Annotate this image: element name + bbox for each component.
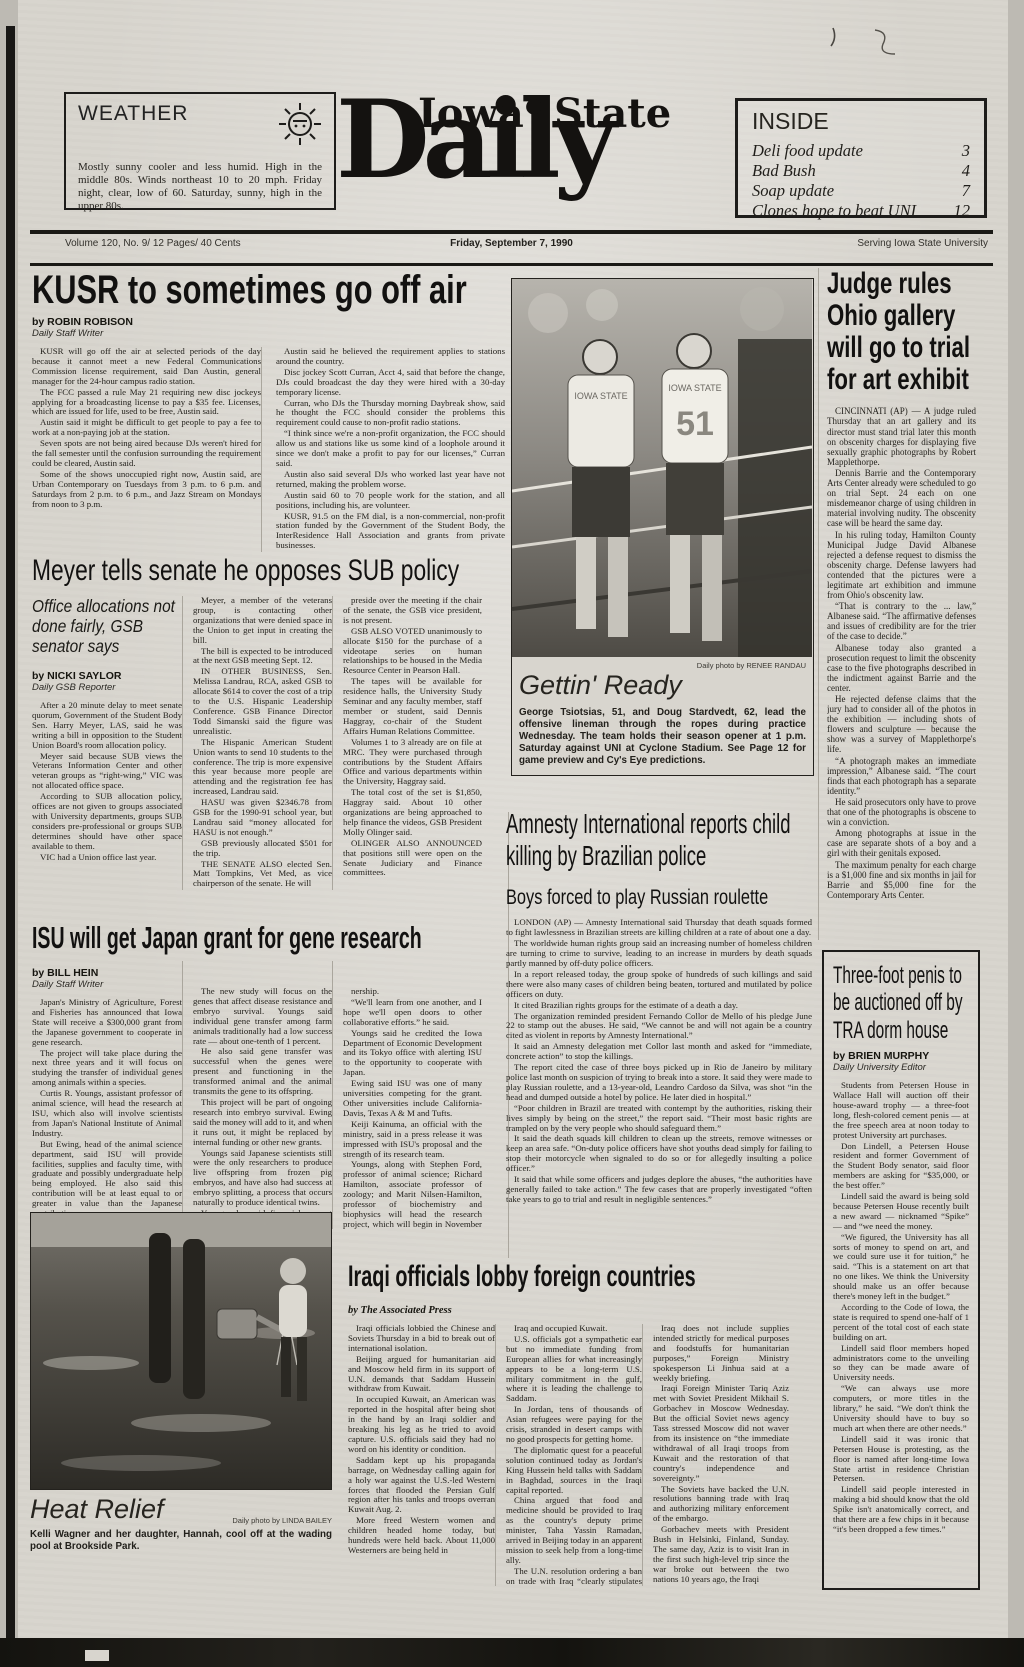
iraq-column-3: Iraq does not include supplies intended … [642,1324,789,1586]
penis-byline: by BRIEN MURPHY Daily University Editor [833,1050,969,1073]
paragraph: The bill is expected to be introduced at… [193,647,332,667]
paragraph: More freed Western women and children he… [348,1516,495,1556]
paragraph: Iraqi Foreign Minister Tariq Aziz met wi… [653,1384,789,1483]
jersey-number: 51 [676,405,714,443]
paragraph: Iraq does not include supplies intended … [653,1324,789,1383]
paragraph: GSB previously allocated $501 for the tr… [193,839,332,859]
folio-line: Volume 120, No. 9/ 12 Pages/ 40 Cents Fr… [30,238,993,258]
paragraph: He rejected defense claims that the jury… [827,694,976,755]
paragraph: Disc jockey Scott Curran, Acct 4, said t… [276,368,505,398]
paragraph: But Ewing, head of the animal science de… [32,1140,182,1219]
iraq-column-2: Iraq and occupied Kuwait.U.S. officials … [495,1324,642,1586]
meyer-headline: Meyer tells senate he opposes SUB policy [32,556,506,586]
paragraph: Don Lindell, a Petersen House resident a… [833,1142,969,1192]
masthead-state: State [554,90,671,137]
sun-icon [278,102,322,151]
jersey-left-text: IOWA STATE [574,391,627,401]
paragraph: “We'll learn from one another, and I hop… [343,998,482,1028]
paragraph: It said that while some officers and jud… [506,1175,812,1205]
inside-item: Bad Bush 4 [752,161,970,181]
paragraph: The new study will focus on the genes th… [193,987,332,1046]
paragraph: KUSR, 91.5 on the FM dial, is a non-comm… [276,512,505,552]
paragraph: Ewing said ISU was one of many universit… [343,1079,482,1119]
paragraph: He said prosecutors only have to prove t… [827,797,976,827]
inside-item-page: 3 [962,141,970,161]
byline-title: Daily University Editor [833,1062,969,1073]
meyer-col1-body: After a 20 minute delay to meet senate q… [32,701,182,863]
paragraph: Austin also said several DJs who worked … [276,470,505,490]
paragraph: The FCC passed a rule May 21 requiring n… [32,388,261,418]
paragraph: Keiji Kainuma, an official with the mini… [343,1120,482,1160]
amnesty-body: LONDON (AP) — Amnesty International said… [506,918,812,1205]
isu-column-2: The new study will focus on the genes th… [182,961,332,1229]
article-judge: Judge rules Ohio gallery will go to tria… [827,268,976,901]
meyer-column-1: Office allocations not done fairly, GSB … [32,596,182,890]
paragraph: In occupied Kuwait, an American was repo… [348,1395,495,1454]
paragraph: nership. [343,987,482,997]
article-amnesty: Amnesty International reports child kill… [506,808,812,1206]
paragraph: Iraqi officials lobbied the Chinese and … [348,1324,495,1354]
inside-item-label: Soap update [752,181,834,201]
paragraph: VIC had a Union office last year. [32,853,182,863]
isu-byline: by BILL HEIN Daily Staff Writer [32,967,182,990]
paragraph: KUSR will go off the air at selected per… [32,347,261,387]
paragraph: Austin said 60 to 70 people work for the… [276,491,505,511]
paragraph: This project will be part of ongoing res… [193,1098,332,1148]
paragraph: It said an Amnesty delegation met Collor… [506,1042,812,1062]
judge-body: CINCINNATI (AP) — A judge ruled Thursday… [827,406,976,901]
iraq-headline: Iraqi officials lobby foreign countries [348,1262,812,1292]
iraq-byline: by The Associated Press [348,1300,812,1318]
paragraph: Iraq and occupied Kuwait. [506,1324,642,1334]
scan-edge-left [6,26,15,1640]
paragraph: Japan's Ministry of Agriculture, Forest … [32,998,182,1048]
paragraph: Seven spots are not being aired because … [32,439,261,469]
byline-title: Daily GSB Reporter [32,682,182,693]
weather-forecast-text: Mostly sunny cooler and less humid. High… [78,161,322,213]
byline-title: Daily Staff Writer [32,328,506,339]
paragraph: “A photograph makes an immediate impress… [827,756,976,796]
byline-name: by NICKI SAYLOR [32,670,182,682]
paragraph: Austin said it might be difficult to get… [32,418,261,438]
paragraph: Youngs said Japanese scientists still we… [193,1149,332,1208]
isu-headline: ISU will get Japan grant for gene resear… [32,922,506,953]
iraq-col3-body: Iraq does not include supplies intended … [653,1324,789,1585]
paragraph: CINCINNATI (AP) — A judge ruled Thursday… [827,406,976,467]
heat-relief-photo-box: Heat Relief Daily photo by LINDA BAILEY … [30,1212,332,1553]
top-rule [30,230,993,234]
column-rule [818,268,819,940]
paragraph: The report cited the case of three boys … [506,1063,812,1103]
paragraph: In a report released today, the group sp… [506,970,812,1000]
byline-name: by BILL HEIN [32,967,182,979]
inside-item-page: 12 [954,201,971,221]
paragraph: OLINGER ALSO ANNOUNCED that positions st… [343,839,482,879]
penis-headline: Three-foot penis to be auctioned off by … [833,962,969,1044]
penis-body: Students from Petersen House in Wallace … [833,1081,969,1535]
paragraph: preside over the meeting if the chair of… [343,596,482,626]
kusr-byline: by ROBIN ROBISON Daily Staff Writer [32,316,506,339]
byline-name: by BRIEN MURPHY [833,1050,969,1062]
masthead-iowa: Iowa [418,90,524,137]
kusr-headline: KUSR to sometimes go off air [32,270,506,310]
inside-item: Soap update 7 [752,181,970,201]
paragraph: LONDON (AP) — Amnesty International said… [506,918,812,938]
paragraph: The project will take place during the n… [32,1049,182,1089]
paragraph: Students from Petersen House in Wallace … [833,1081,969,1140]
paragraph: China argued that food and medicine shou… [506,1496,642,1565]
paragraph: Gorbachev meets with President Bush in H… [653,1525,789,1584]
paragraph: Curtis R. Youngs, assistant professor of… [32,1089,182,1139]
paragraph: “We figured, the University has all sort… [833,1233,969,1302]
masthead: Daily Iowa ● State [336,82,706,222]
heat-relief-caption: Kelli Wagner and her daughter, Hannah, c… [30,1529,332,1553]
paragraph: The total cost of the set is $1,850, Hag… [343,788,482,838]
isu-column-3: nership.“We'll learn from one another, a… [332,961,482,1229]
folio-serving: Serving Iowa State University [857,238,988,249]
football-photo-caption: George Tsiotsias, 51, and Doug Stardvedt… [519,707,806,767]
paragraph: “That is contrary to the ... law,” Alban… [827,601,976,641]
paragraph: Some of the shows unoccupied right now, … [32,470,261,510]
paragraph: GSB ALSO VOTED unanimously to allocate $… [343,627,482,677]
paragraph: Beijing argued for humanitarian aid and … [348,1355,495,1395]
paragraph: According to SUB allocation policy, offi… [32,792,182,851]
paragraph: “I think since we're a non-profit organi… [276,429,505,469]
paragraph: The Hispanic American Student Union want… [193,738,332,797]
jersey-right-text: IOWA STATE [668,383,721,393]
article-iraq: Iraqi officials lobby foreign countries … [348,1262,812,1586]
weather-title: WEATHER [78,102,188,126]
paragraph: U.S. officials got a sympathetic ear but… [506,1335,642,1404]
kusr-column-2: Austin said he believed the requirement … [261,347,505,552]
amnesty-subhead: Boys forced to play Russian roulette [506,886,812,910]
meyer-column-3: preside over the meeting if the chair of… [332,596,482,890]
scan-edge-bottom [0,1638,1024,1667]
football-photo: IOWA STATE IOWA STATE 51 [512,279,813,657]
inside-item-label: Deli food update [752,141,863,161]
isu-col1-body: Japan's Ministry of Agriculture, Forest … [32,998,182,1219]
paragraph: HASU was given $2346.78 from GSB for the… [193,798,332,838]
paragraph: Youngs said he credited the Iowa Departm… [343,1029,482,1079]
paragraph: In Jordan, tens of thousands of Asian re… [506,1405,642,1445]
folio-bottom-rule [30,263,993,266]
paragraph: Austin said he believed the requirement … [276,347,505,367]
pen-mark [815,22,905,68]
paragraph: Lindell said the award is being sold bec… [833,1192,969,1232]
scan-notch [85,1650,109,1661]
weather-box: WEATHER Mostly sunny cooler and less hum… [64,92,336,210]
paragraph: Meyer said because SUB views the Veteran… [32,752,182,792]
inside-title: INSIDE [752,108,970,135]
meyer-deck: Office allocations not done fairly, GSB … [32,596,182,656]
iraq-column-1: Iraqi officials lobbied the Chinese and … [348,1324,495,1586]
paragraph: THE SENATE ALSO elected Sen. Matt Tompki… [193,860,332,890]
meyer-byline: by NICKI SAYLOR Daily GSB Reporter [32,670,182,693]
football-photo-title: Gettin' Ready [519,670,806,701]
article-kusr: KUSR to sometimes go off air by ROBIN RO… [32,270,506,552]
paragraph: Lindell said it was ironic that Petersen… [833,1435,969,1485]
inside-item-page: 7 [962,181,970,201]
paragraph: He also said gene transfer was successfu… [193,1047,332,1097]
inside-item-label: Bad Bush [752,161,816,181]
paragraph: Saddam kept up his propaganda barrage, o… [348,1456,495,1515]
meyer-column-2: Meyer, a member of the veterans group, i… [182,596,332,890]
inside-item: Deli food update 3 [752,141,970,161]
amnesty-headline: Amnesty International reports child kill… [506,808,812,872]
paragraph: In his ruling today, Hamilton County Mun… [827,530,976,601]
inside-list: Deli food update 3 Bad Bush 4 Soap updat… [752,141,970,221]
paragraph: It cited Brazilian rights groups for the… [506,1001,812,1011]
heat-relief-credit: Daily photo by LINDA BAILEY [232,1516,332,1525]
inside-item-page: 4 [962,161,970,181]
kusr-column-1: KUSR will go off the air at selected per… [32,347,261,552]
paragraph: Albanese today also granted a prosecutio… [827,643,976,693]
article-penis-auction: Three-foot penis to be auctioned off by … [822,950,980,1590]
paragraph: Youngs, along with Stephen Ford, profess… [343,1160,482,1229]
inside-index-box: INSIDE Deli food update 3 Bad Bush 4 Soa… [735,98,987,218]
paragraph: “Poor children in Brazil are treated wit… [506,1104,812,1134]
paragraph: IN OTHER BUSINESS, Sen. Melissa Landrau,… [193,667,332,736]
byline-name: by ROBIN ROBISON [32,316,506,328]
isu-column-1: by BILL HEIN Daily Staff Writer Japan's … [32,961,182,1229]
article-isu: ISU will get Japan grant for gene resear… [32,922,506,1229]
paragraph: The worldwide human rights group said an… [506,939,812,969]
paragraph: It said the death squads kill children t… [506,1134,812,1174]
paragraph: The tapes will be available for residenc… [343,677,482,736]
paragraph: The U.N. resolution ordering a ban on tr… [506,1567,642,1586]
football-photo-credit: Daily photo by RENEE RANDAU [519,661,806,670]
football-photo-box: IOWA STATE IOWA STATE 51 Daily photo by … [511,278,814,776]
paragraph: After a 20 minute delay to meet senate q… [32,701,182,751]
paragraph: The maximum penalty for each charge is a… [827,860,976,900]
heat-relief-title: Heat Relief [30,1494,164,1525]
judge-headline: Judge rules Ohio gallery will go to tria… [827,268,976,396]
paragraph: Among photographs at issue in the case a… [827,828,976,858]
paragraph: Dennis Barrie and the Contemporary Arts … [827,468,976,529]
paragraph: “We can always use more computers, or mo… [833,1384,969,1434]
paragraph: Curran, who DJs the Thursday morning Day… [276,399,505,429]
paragraph: Meyer, a member of the veterans group, i… [193,596,332,646]
newspaper-front-page: WEATHER Mostly sunny cooler and less hum… [0,0,1024,1667]
folio-date: Friday, September 7, 1990 [30,238,993,249]
inside-item-label: Clones hope to beat UNI [752,201,916,221]
masthead-dot-icon: ● [523,84,545,126]
inside-item: Clones hope to beat UNI 12 [752,201,970,221]
paragraph: The organization reminded president Fern… [506,1012,812,1042]
paragraph: Lindell said floor members hoped adminis… [833,1344,969,1384]
article-meyer: Meyer tells senate he opposes SUB policy… [32,556,506,890]
paragraph: The Soviets have backed the U.N. resolut… [653,1485,789,1525]
paragraph: Lindell said people interested in making… [833,1485,969,1535]
paragraph: According to the Code of Iowa, the state… [833,1303,969,1343]
wading-pool-photo [30,1212,332,1490]
paragraph: Volumes 1 to 3 already are on file at MR… [343,738,482,788]
byline-name: by The Associated Press [348,1305,452,1316]
byline-title: Daily Staff Writer [32,979,182,990]
paragraph: The diplomatic quest for a peaceful solu… [506,1446,642,1496]
